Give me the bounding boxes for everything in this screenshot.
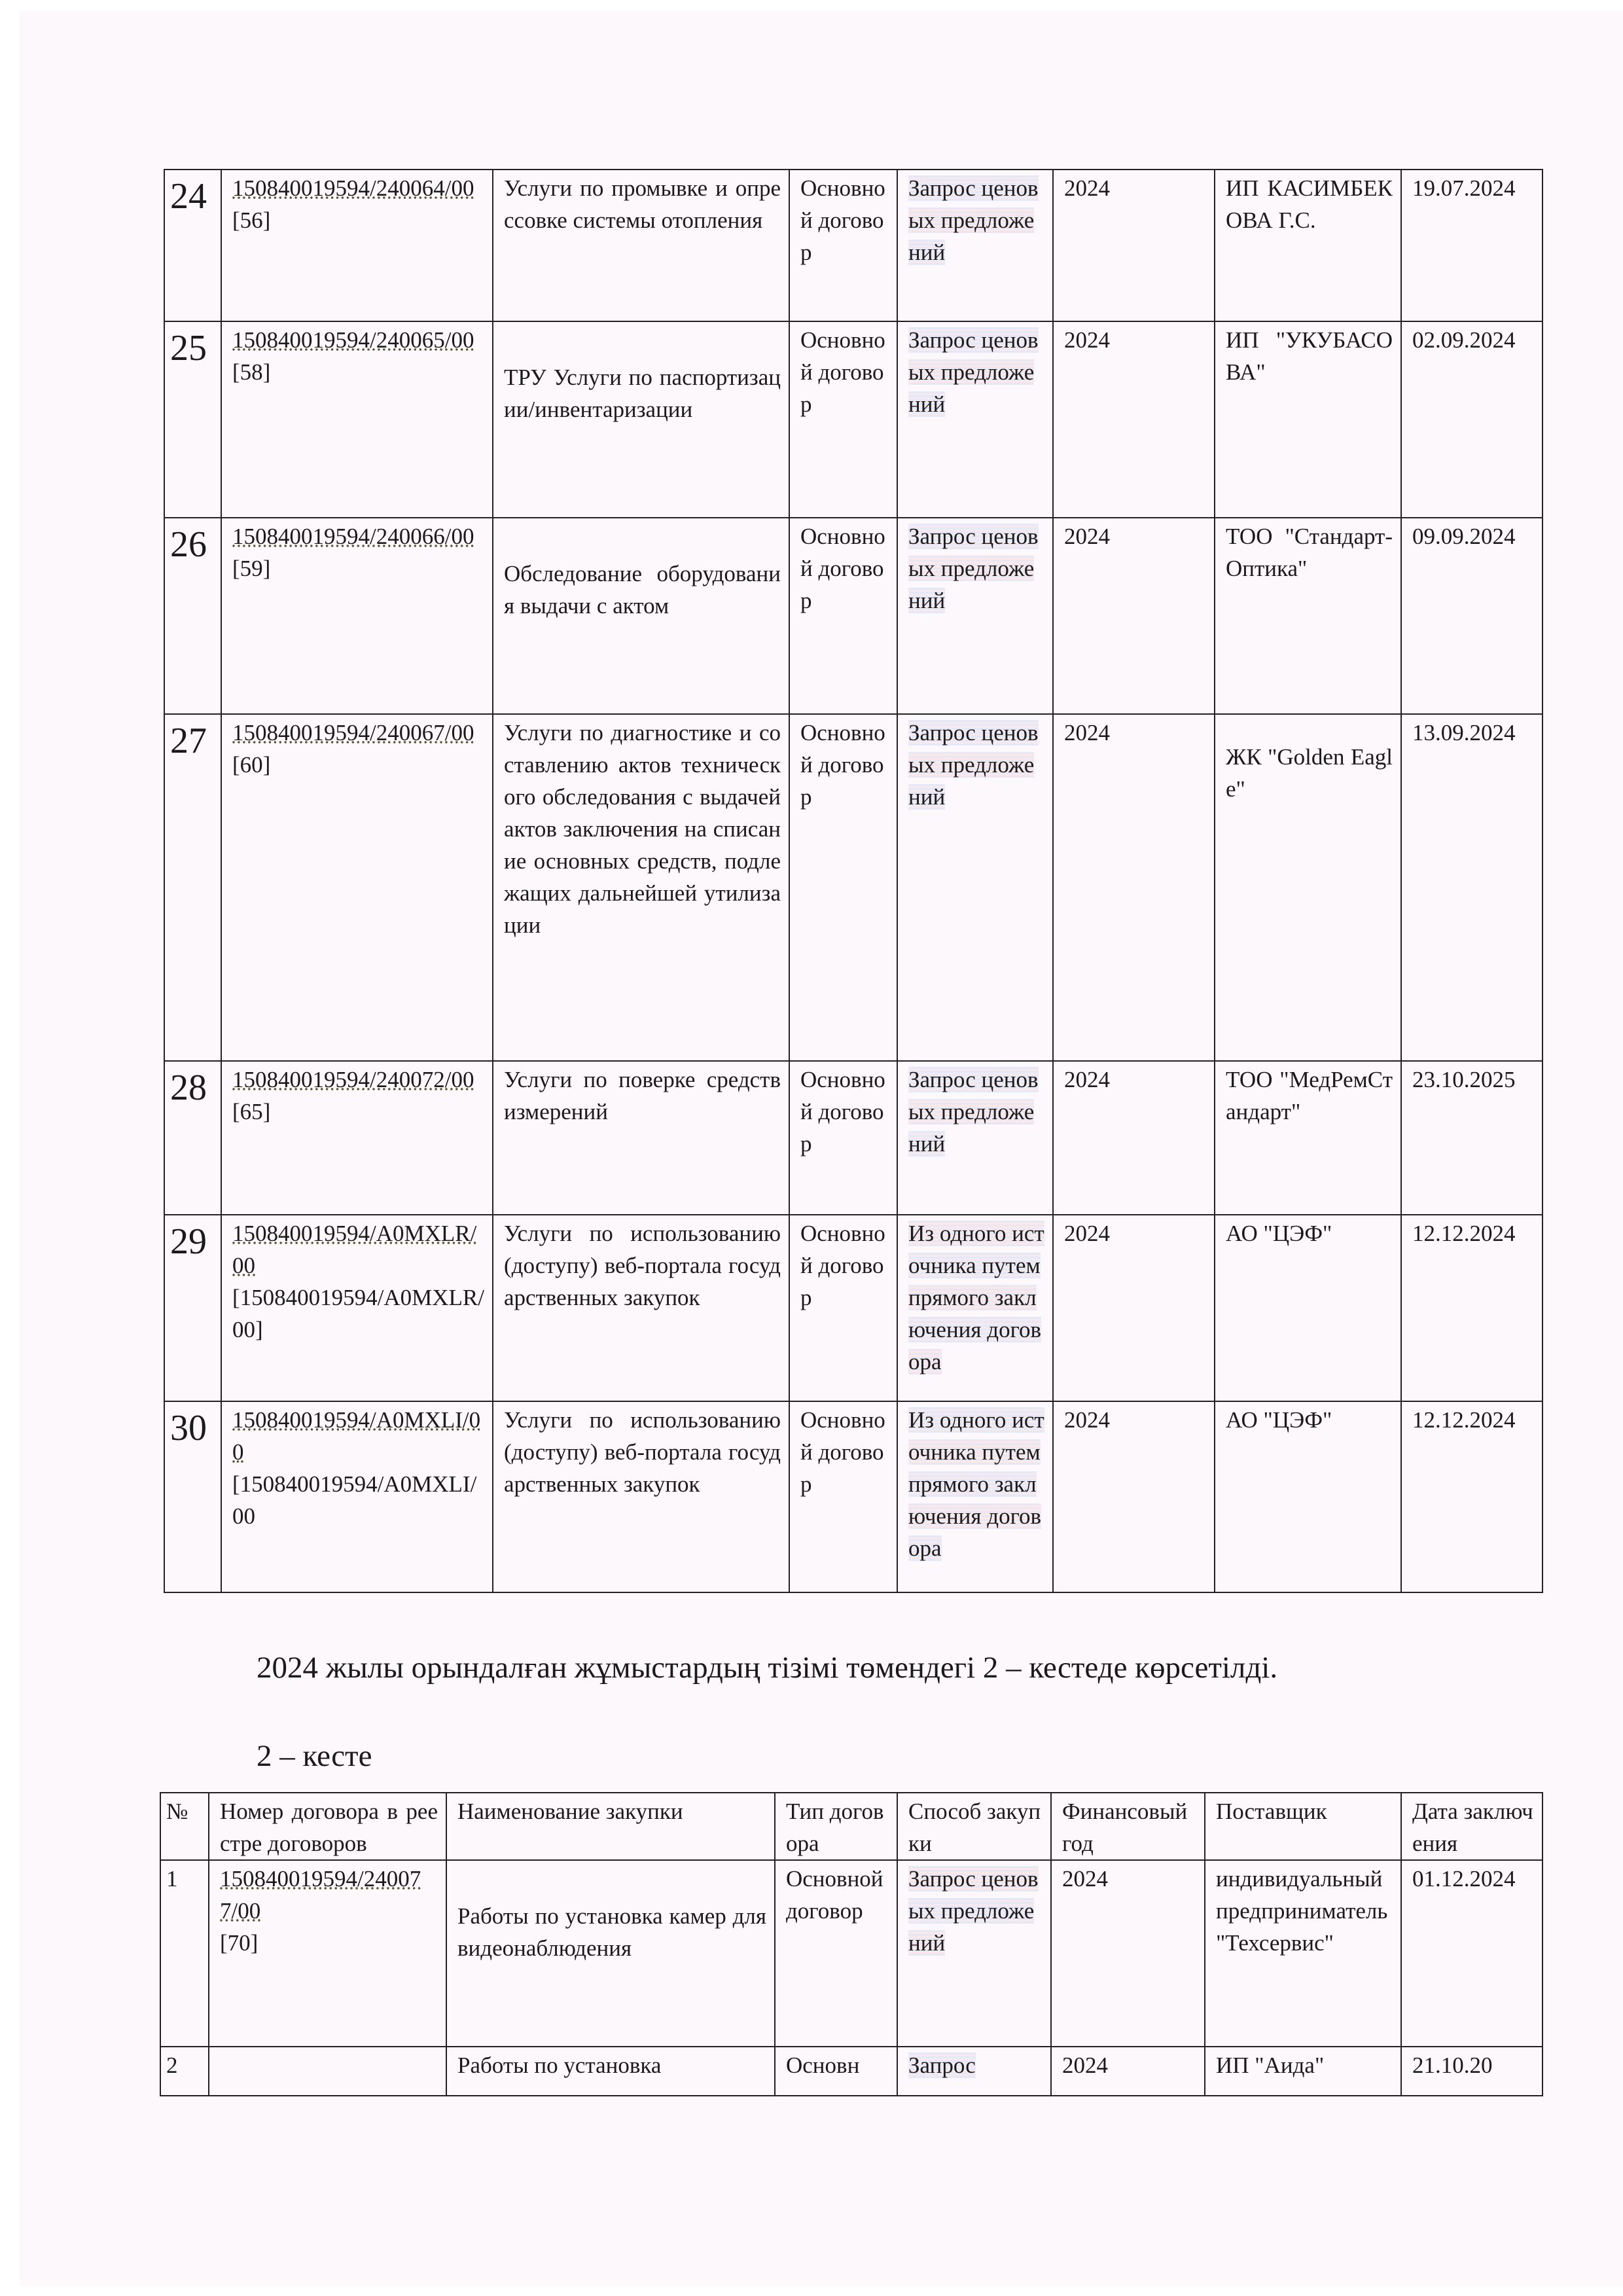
table-row: 29150840019594/A0MXLR/00[150840019594/A0… (164, 1215, 1543, 1401)
conclusion-date: 01.12.2024 (1401, 1860, 1543, 2047)
table-row: 28150840019594/240072/00[65]Услуги по по… (164, 1061, 1543, 1215)
header-name: Наименование закупки (446, 1793, 775, 1860)
financial-year: 2024 (1053, 1215, 1215, 1401)
table-row: 24150840019594/240064/00[56]Услуги по пр… (164, 170, 1543, 321)
supplier: АО "ЦЭФ" (1215, 1401, 1401, 1592)
purchase-method: Запрос ценовых предложений (908, 175, 1039, 265)
conclusion-date: 12.12.2024 (1401, 1215, 1543, 1401)
financial-year: 2024 (1053, 170, 1215, 321)
purchase-method: Запрос ценовых предложений (908, 720, 1039, 810)
purchase-method: Из одного источника путем прямого заключ… (908, 1221, 1044, 1374)
conclusion-date: 21.10.20 (1401, 2047, 1543, 2096)
purchase-method-cell: Запрос (897, 2047, 1051, 2096)
header-date: Дата заключения (1401, 1793, 1543, 1860)
purchase-method-cell: Запрос ценовых предложений (897, 1860, 1051, 2047)
row-number: 1 (160, 1860, 209, 2047)
contract-link[interactable]: 150840019594/240077/00 (220, 1863, 438, 1927)
row-number: 29 (164, 1215, 221, 1401)
table-row: 27150840019594/240067/00[60]Услуги по ди… (164, 714, 1543, 1061)
purchase-method: Запрос ценовых предложений (908, 1067, 1039, 1157)
table-row: 2Работы по установкаОсновнЗапрос2024ИП "… (160, 2047, 1543, 2096)
supplier: АО "ЦЭФ" (1215, 1215, 1401, 1401)
supplier: ИП КАСИМБЕКОВА Г.С. (1215, 170, 1401, 321)
conclusion-date: 23.10.2025 (1401, 1061, 1543, 1215)
row-number: 26 (164, 518, 221, 714)
table-header-row: № Номер договора в реестре договоров Наи… (160, 1793, 1543, 1860)
contract-ref: [60] (232, 749, 484, 781)
purchase-name: Услуги по промывке и опрессовке системы … (493, 170, 789, 321)
contract-link[interactable]: 150840019594/A0MXLR/00 (232, 1217, 484, 1282)
purchase-method: Из одного источника путем прямого заключ… (908, 1407, 1044, 1561)
purchase-method: Запрос (908, 2053, 976, 2078)
contract-ref: [56] (232, 204, 484, 236)
purchase-name: Услуги по использованию (доступу) веб-по… (493, 1215, 789, 1401)
contract-type: Основной договор (775, 1860, 897, 2047)
row-number: 2 (160, 2047, 209, 2096)
contract-number-cell: 150840019594/240077/00[70] (209, 1860, 446, 2047)
purchase-name: Услуги по диагностике и составлению акто… (493, 714, 789, 1061)
table-row: 25150840019594/240065/00[58]ТРУ Услуги п… (164, 321, 1543, 518)
procurement-table-continued: 24150840019594/240064/00[56]Услуги по пр… (164, 169, 1543, 1593)
contract-number-cell: 150840019594/A0MXLI/00[150840019594/A0MX… (221, 1401, 493, 1592)
purchase-name: Услуги по поверке средств измерений (493, 1061, 789, 1215)
purchase-name: Обследование оборудования выдачи с актом (493, 518, 789, 714)
purchase-method: Запрос ценовых предложений (908, 1866, 1039, 1956)
contract-type: Основной договор (789, 518, 897, 714)
purchase-name: ТРУ Услуги по паспортизации/инвентаризац… (493, 321, 789, 518)
contract-number-cell: 150840019594/240064/00[56] (221, 170, 493, 321)
row-number: 30 (164, 1401, 221, 1592)
contract-link[interactable]: 150840019594/240065/00 (232, 324, 484, 356)
financial-year: 2024 (1053, 714, 1215, 1061)
contract-type: Основной договор (789, 714, 897, 1061)
header-supplier: Поставщик (1205, 1793, 1401, 1860)
contract-ref: [150840019594/A0MXLR/00] (232, 1282, 484, 1346)
table-caption: 2 – кесте (257, 1738, 372, 1774)
purchase-method-cell: Из одного источника путем прямого заключ… (897, 1401, 1053, 1592)
purchase-method: Запрос ценовых предложений (908, 524, 1039, 613)
financial-year: 2024 (1051, 1860, 1205, 2047)
contract-link[interactable]: 150840019594/A0MXLI/00 (232, 1404, 484, 1468)
contract-number-cell: 150840019594/240072/00[65] (221, 1061, 493, 1215)
contract-ref: [150840019594/A0MXLI/00 (232, 1468, 484, 1532)
completed-works-table: № Номер договора в реестре договоров Наи… (160, 1792, 1543, 2096)
contract-type: Основной договор (789, 170, 897, 321)
purchase-method-cell: Запрос ценовых предложений (897, 170, 1053, 321)
row-number: 27 (164, 714, 221, 1061)
purchase-name: Услуги по использованию (доступу) веб-по… (493, 1401, 789, 1592)
contract-number-cell: 150840019594/240065/00[58] (221, 321, 493, 518)
contract-type: Основной договор (789, 1061, 897, 1215)
contract-link[interactable]: 150840019594/240067/00 (232, 717, 484, 749)
purchase-method-cell: Из одного источника путем прямого заключ… (897, 1215, 1053, 1401)
purchase-method-cell: Запрос ценовых предложений (897, 1061, 1053, 1215)
contract-number-cell: 150840019594/240066/00[59] (221, 518, 493, 714)
contract-type: Основной договор (789, 321, 897, 518)
purchase-method-cell: Запрос ценовых предложений (897, 714, 1053, 1061)
summary-paragraph: 2024 жылы орындалған жұмыстардың тізімі … (257, 1649, 1533, 1686)
supplier: индивидуальный предприниматель "Техсерви… (1205, 1860, 1401, 2047)
header-contract: Номер договора в реестре договоров (209, 1793, 446, 1860)
purchase-method-cell: Запрос ценовых предложений (897, 321, 1053, 518)
supplier: ТОО "Стандарт-Оптика" (1215, 518, 1401, 714)
contract-link[interactable]: 150840019594/240064/00 (232, 172, 484, 204)
financial-year: 2024 (1053, 321, 1215, 518)
row-number: 28 (164, 1061, 221, 1215)
conclusion-date: 12.12.2024 (1401, 1401, 1543, 1592)
purchase-name: Работы по установка (446, 2047, 775, 2096)
contract-ref: [59] (232, 552, 484, 584)
contract-number-cell (209, 2047, 446, 2096)
header-num: № (160, 1793, 209, 1860)
contract-type: Основной договор (789, 1401, 897, 1592)
contract-number-cell: 150840019594/240067/00[60] (221, 714, 493, 1061)
row-number: 24 (164, 170, 221, 321)
contract-type: Основн (775, 2047, 897, 2096)
conclusion-date: 02.09.2024 (1401, 321, 1543, 518)
contract-number-cell: 150840019594/A0MXLR/00[150840019594/A0MX… (221, 1215, 493, 1401)
financial-year: 2024 (1051, 2047, 1205, 2096)
financial-year: 2024 (1053, 1061, 1215, 1215)
purchase-method-cell: Запрос ценовых предложений (897, 518, 1053, 714)
table-row: 30150840019594/A0MXLI/00[150840019594/A0… (164, 1401, 1543, 1592)
conclusion-date: 19.07.2024 (1401, 170, 1543, 321)
financial-year: 2024 (1053, 518, 1215, 714)
contract-link[interactable]: 150840019594/240072/00 (232, 1064, 484, 1096)
contract-ref: [58] (232, 356, 484, 388)
contract-ref: [65] (232, 1096, 484, 1128)
table-row: 26150840019594/240066/00[59]Обследование… (164, 518, 1543, 714)
purchase-method: Запрос ценовых предложений (908, 327, 1039, 417)
supplier: ЖК "Golden Eagle" (1215, 714, 1401, 1061)
contract-type: Основной договор (789, 1215, 897, 1401)
purchase-name: Работы по установка камер для видеонаблю… (446, 1860, 775, 2047)
conclusion-date: 09.09.2024 (1401, 518, 1543, 714)
contract-link[interactable]: 150840019594/240066/00 (232, 520, 484, 552)
row-number: 25 (164, 321, 221, 518)
header-method: Способ закупки (897, 1793, 1051, 1860)
contract-ref: [70] (220, 1927, 438, 1959)
table-row: 1150840019594/240077/00[70]Работы по уст… (160, 1860, 1543, 2047)
supplier: ТОО "МедРемСтандарт" (1215, 1061, 1401, 1215)
financial-year: 2024 (1053, 1401, 1215, 1592)
supplier: ИП "УКУБАСОВА" (1215, 321, 1401, 518)
supplier: ИП "Аида" (1205, 2047, 1401, 2096)
header-type: Тип договора (775, 1793, 897, 1860)
header-year: Финансовый год (1051, 1793, 1205, 1860)
conclusion-date: 13.09.2024 (1401, 714, 1543, 1061)
